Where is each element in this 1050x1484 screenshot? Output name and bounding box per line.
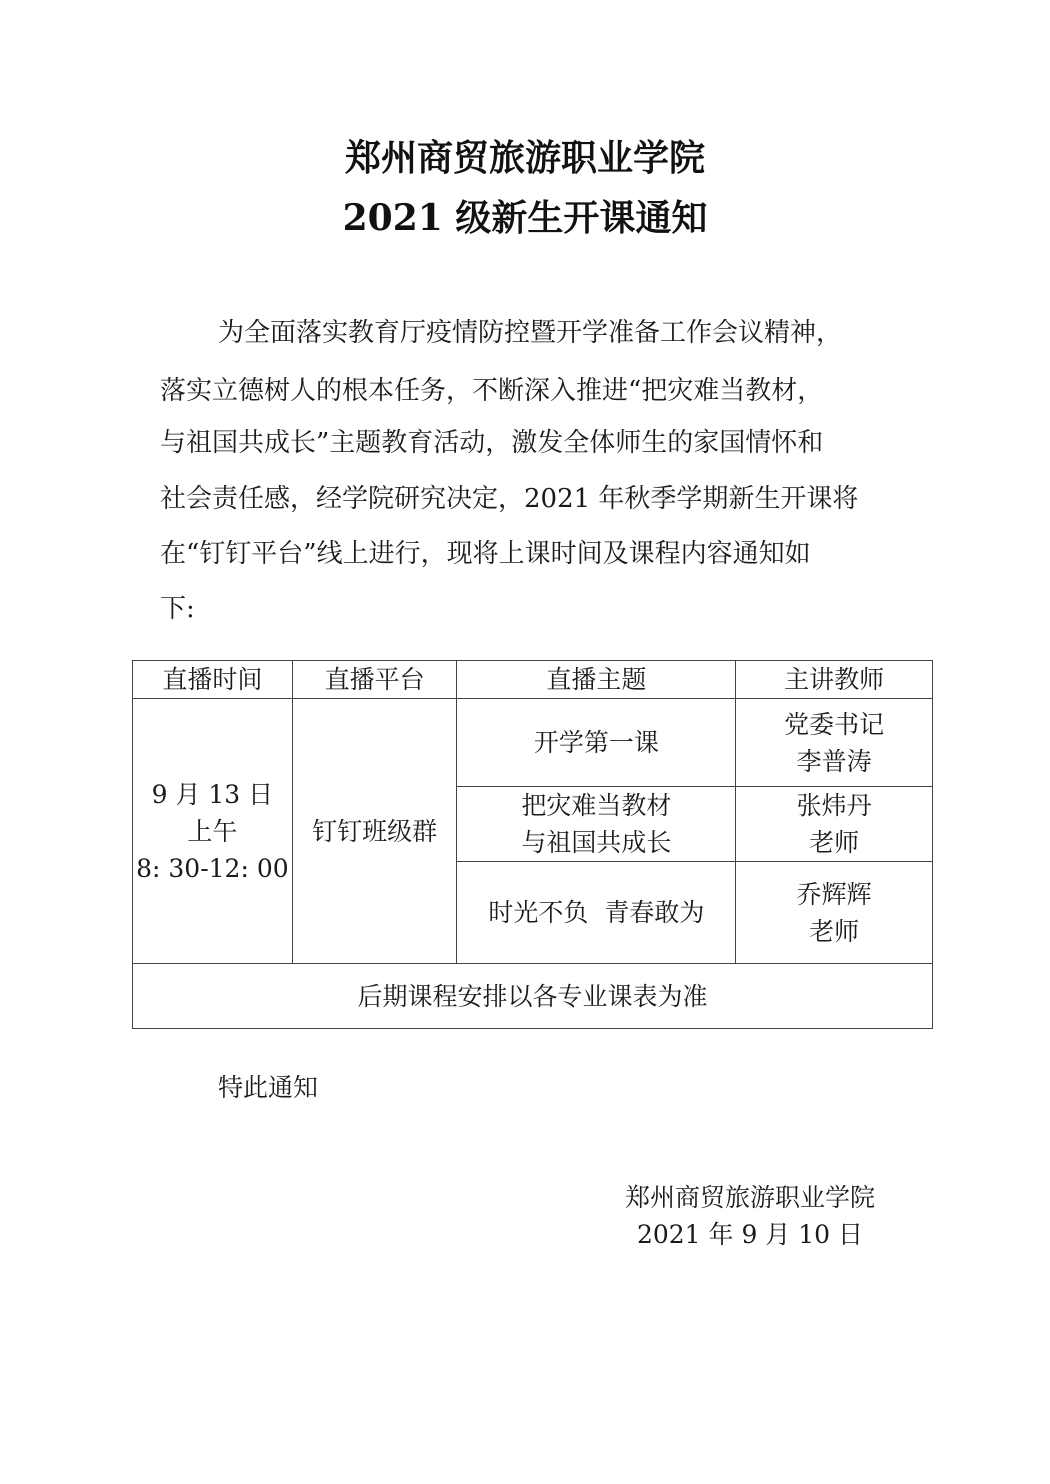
teacher-cell: 党委书记 李普涛 [736, 699, 933, 787]
teacher-title: 党委书记 [736, 706, 932, 743]
header-time: 直播时间 [133, 661, 293, 699]
document-title-line1: 郑州商贸旅游职业学院 [0, 140, 1050, 176]
topic-cell: 时光不负 青春敢为 [457, 862, 736, 964]
topic-text: 开学第一课 [457, 724, 735, 761]
teacher-title: 老师 [736, 913, 932, 950]
table-header-row: 直播时间 直播平台 直播主题 主讲教师 [133, 661, 933, 699]
teacher-title: 老师 [736, 824, 932, 861]
topic-cell: 把灾难当教材 与祖国共成长 [457, 787, 736, 862]
time-cell: 9 月 13 日 上午 8: 30-12: 00 [133, 699, 293, 964]
header-topic: 直播主题 [457, 661, 736, 699]
topic-text: 与祖国共成长 [457, 824, 735, 861]
topic-text: 时光不负 青春敢为 [457, 894, 735, 931]
body-line: 下: [160, 596, 195, 622]
body-line: 与祖国共成长”主题教育活动，激发全体师生的家国情怀和 [160, 430, 823, 456]
footer-note: 后期课程安排以各专业课表为准 [133, 964, 933, 1029]
teacher-name: 乔辉辉 [736, 876, 932, 913]
closing-text: 特此通知 [218, 1068, 318, 1104]
table-footer-row: 后期课程安排以各专业课表为准 [133, 964, 933, 1029]
topic-text: 把灾难当教材 [457, 787, 735, 824]
body-line: 在“钉钉平台”线上进行，现将上课时间及课程内容通知如 [160, 541, 811, 567]
teacher-name: 李普涛 [736, 743, 932, 780]
time-period: 上午 [133, 813, 292, 850]
schedule-table: 直播时间 直播平台 直播主题 主讲教师 9 月 13 日 上午 8: 30-12… [132, 660, 933, 1029]
time-range: 8: 30-12: 00 [133, 850, 292, 887]
signature-date: 2021 年 9 月 10 日 [610, 1215, 890, 1251]
signature-org: 郑州商贸旅游职业学院 [610, 1178, 890, 1214]
body-line: 为全面落实教育厅疫情防控暨开学准备工作会议精神， [218, 320, 842, 346]
body-line: 社会责任感，经学院研究决定，2021 年秋季学期新生开课将 [160, 486, 858, 512]
teacher-cell: 张炜丹 老师 [736, 787, 933, 862]
document-title-line2: 2021 级新生开课通知 [0, 200, 1050, 236]
teacher-cell: 乔辉辉 老师 [736, 862, 933, 964]
body-line: 落实立德树人的根本任务，不断深入推进“把灾难当教材， [160, 378, 823, 404]
header-platform: 直播平台 [292, 661, 457, 699]
table-row: 9 月 13 日 上午 8: 30-12: 00 钉钉班级群 开学第一课 党委书… [133, 699, 933, 787]
teacher-name: 张炜丹 [736, 787, 932, 824]
time-date: 9 月 13 日 [133, 776, 292, 813]
platform-cell: 钉钉班级群 [292, 699, 457, 964]
header-teacher: 主讲教师 [736, 661, 933, 699]
topic-cell: 开学第一课 [457, 699, 736, 787]
